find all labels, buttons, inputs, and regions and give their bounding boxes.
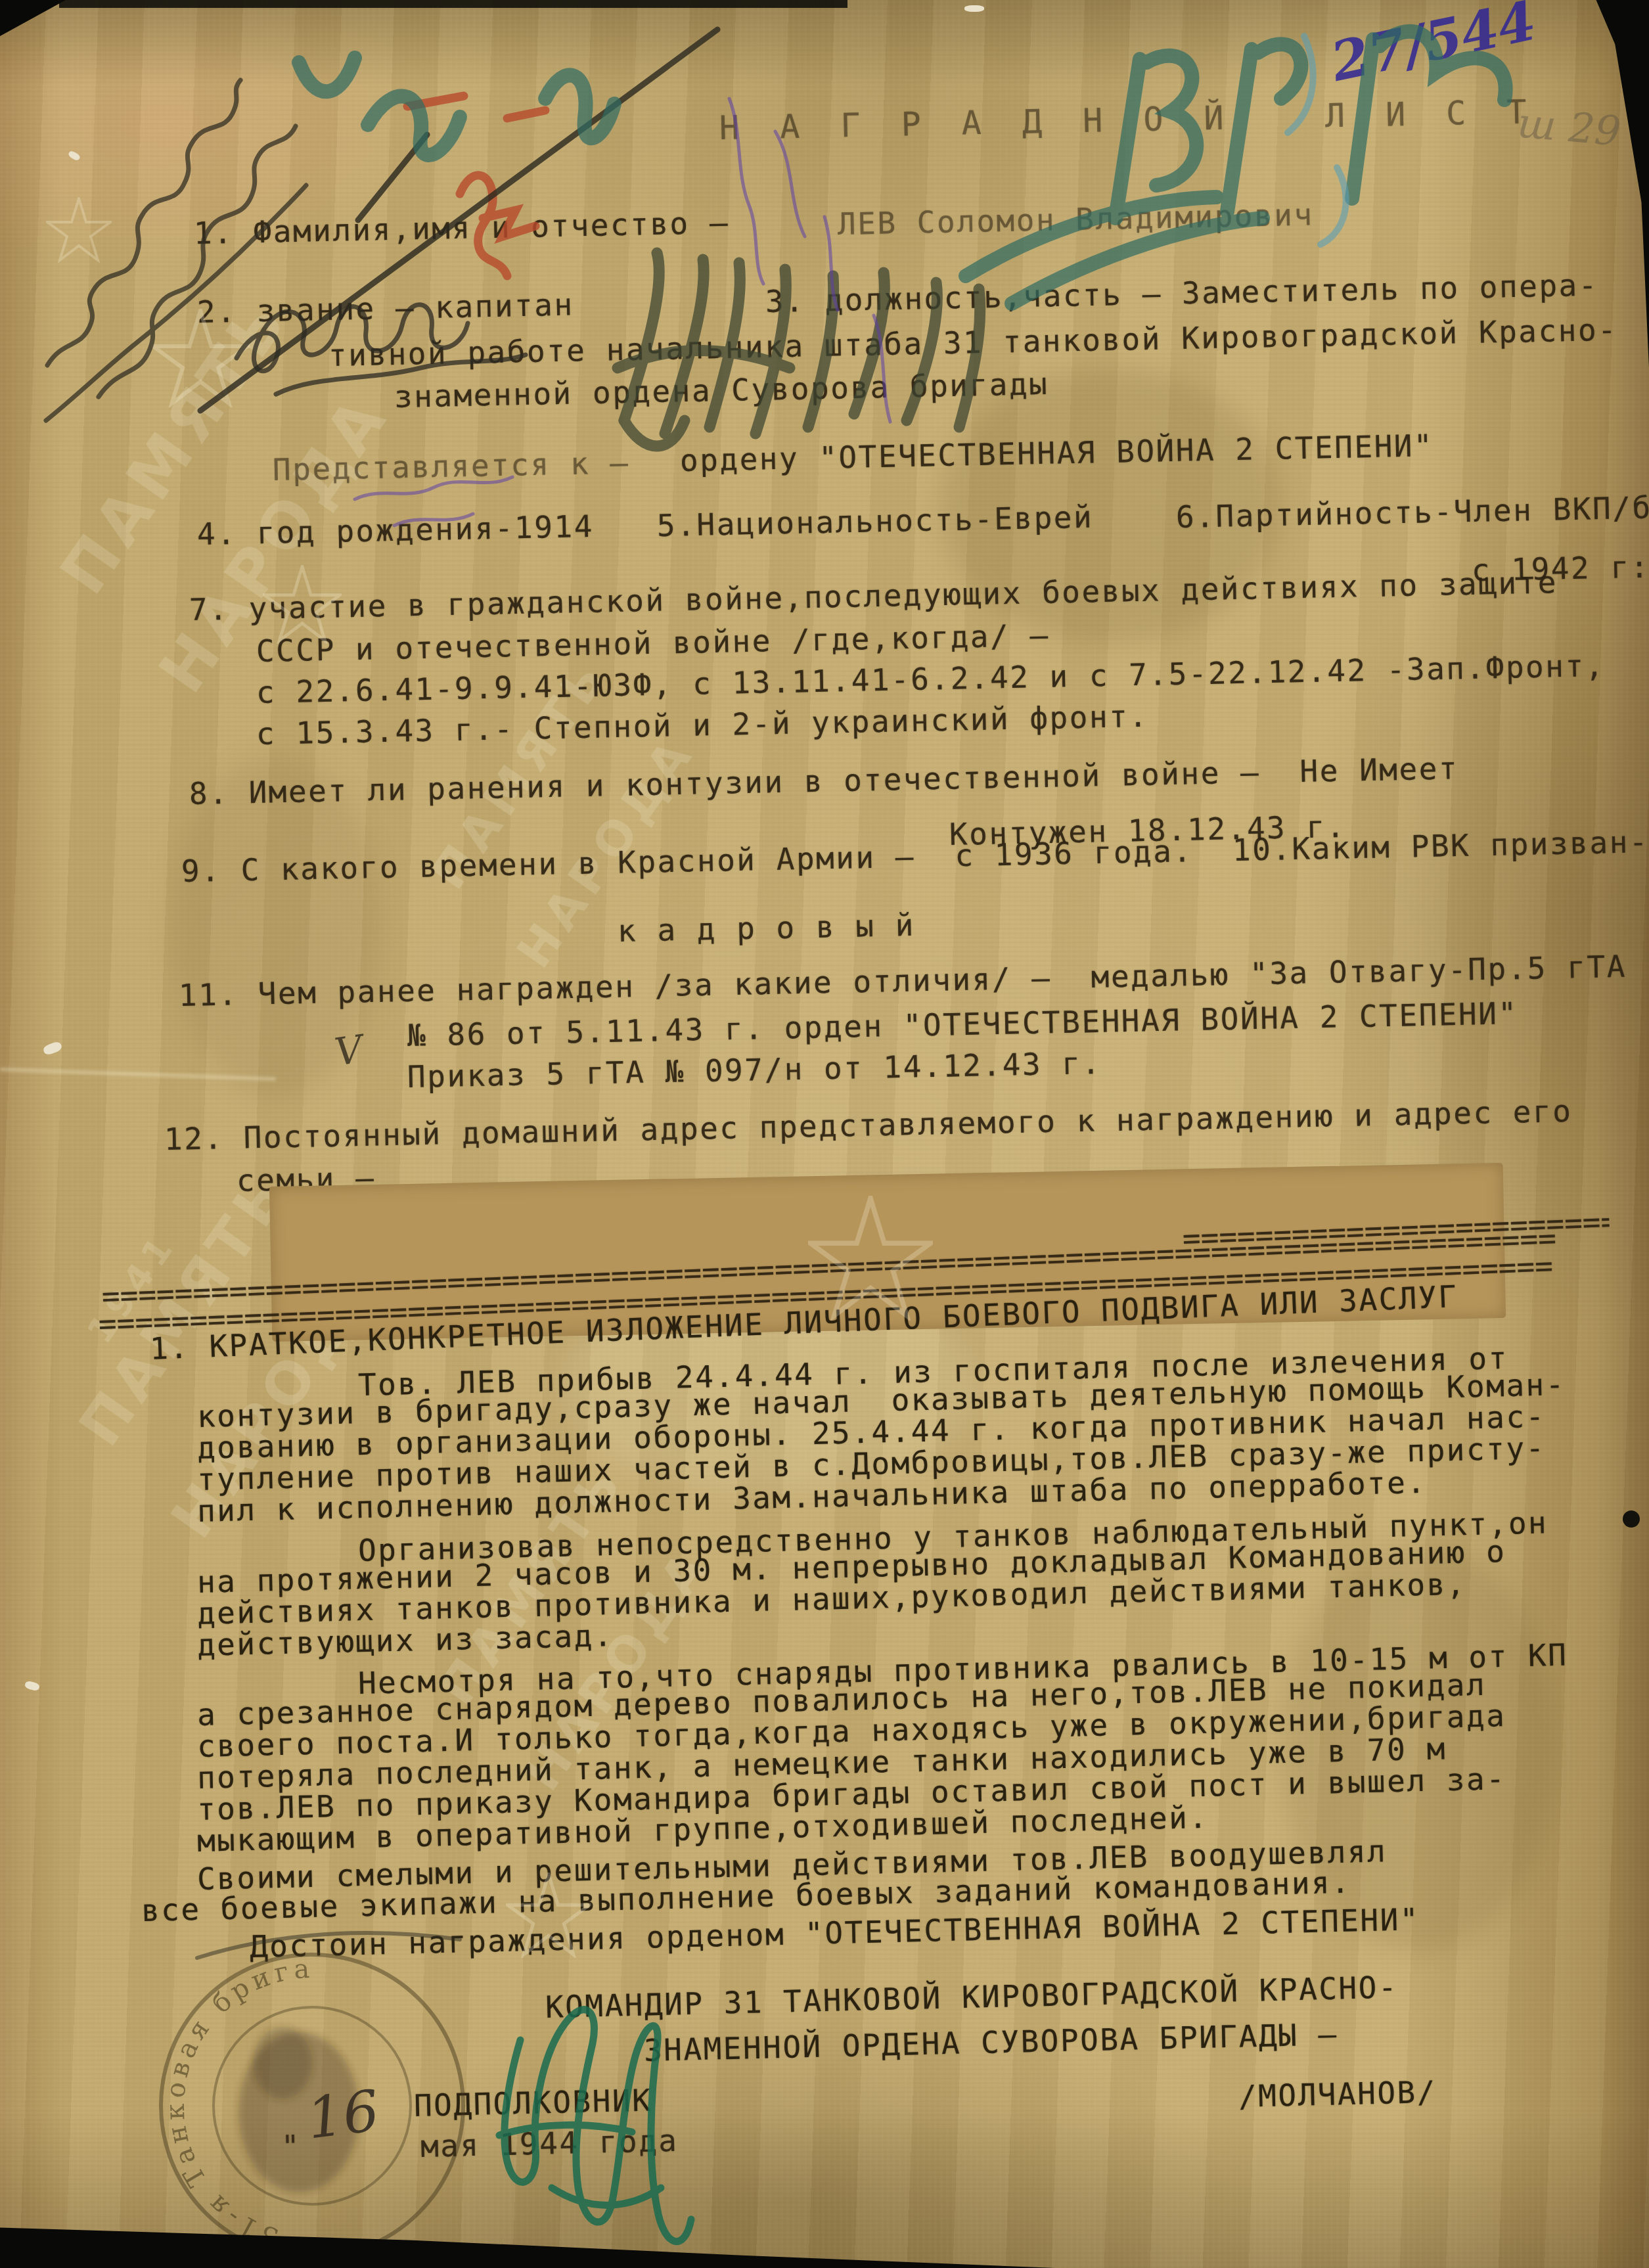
- award-sheet-document: ПАМЯТЬ НАРОДА ПАМЯТЬ НАРОДА 1941 ПАМЯТЬ …: [0, 0, 1649, 2268]
- field-3-line-1: 3. должность,часть — Заместитель по опер…: [765, 270, 1599, 317]
- handwriting-red-pencil: [407, 96, 545, 276]
- field-1-value: ЛЕВ Соломон Владимирович: [838, 199, 1314, 239]
- document-title: Н А Г Р А Д Н О Й Л И С Т: [719, 95, 1537, 145]
- field-2-line: 2. звание — капитан: [197, 289, 575, 327]
- handwritten-date-day: 16: [304, 2078, 383, 2152]
- field-5-line: 5.Национальность-Еврей: [657, 502, 1094, 541]
- commander-name: /МОЛЧАНОВ/: [1238, 2077, 1437, 2112]
- commander-title-line-2: ЗНАМЕННОЙ ОРДЕНА СУВОРОВА БРИГАДЫ —: [643, 2019, 1338, 2066]
- paper-tear: [42, 1041, 62, 1056]
- citation-p2-line-4: действующих из засад.: [196, 1620, 614, 1660]
- field-9-10-line: 9. С какого времени в Красной Армии — с …: [181, 827, 1649, 886]
- field-3-line-3: знаменной ордена Суворова бригады: [394, 369, 1049, 412]
- field-11-line-3: Приказ 5 гТА № 097/н от 14.12.43 г.: [407, 1048, 1102, 1092]
- paper-tear: [964, 5, 984, 12]
- paper-tear: [24, 1680, 40, 1691]
- punch-hole: [1623, 1510, 1640, 1528]
- handwritten-pencil-note: ш 29: [1516, 99, 1623, 155]
- field-6-line: 6.Партийность-Член ВКП/б: [1176, 492, 1649, 532]
- field-8-line: 8. Имеет ли ранения и контузии в отечест…: [189, 753, 1459, 809]
- presented-for-label: Представляется к —: [273, 447, 630, 485]
- field-7-line-2: СССР и отечественной войне /где,когда/ —: [256, 620, 1050, 666]
- presented-for-value: ордену "ОТЕЧЕСТВЕННАЯ ВОЙНА 2 СТЕПЕНИ": [680, 430, 1434, 476]
- field-7-line-1: 7. участие в гражданской войне,последующ…: [189, 567, 1558, 625]
- field-11-line-2: № 86 от 5.11.43 г. орден "ОТЕЧЕСТВЕННАЯ …: [407, 998, 1518, 1051]
- field-10-value: к а д р о в ы й: [618, 910, 916, 946]
- date-rest: мая 1944 года: [420, 2125, 679, 2162]
- commander-rank: ПОДПОЛКОВНИК: [413, 2085, 652, 2121]
- commander-title-line-1: КОМАНДИР 31 ТАНКОВОЙ КИРОВОГРАДСКОЙ КРАС…: [545, 1972, 1398, 2022]
- field-4-line: 4. год рождения-1914: [197, 511, 595, 549]
- field-12-line-1: 12. Постоянный домашний адрес представля…: [164, 1096, 1573, 1154]
- field-7-line-4: с 15.3.43 г.- Степной и 2-й украинский ф…: [256, 701, 1149, 749]
- scan-edge-top: [59, 0, 847, 8]
- handwritten-checkmark: V: [332, 1027, 365, 1075]
- date-open-quote: ": [281, 2131, 301, 2162]
- paper-tear: [68, 150, 81, 162]
- field-1-label: 1. Фамилия,имя и отчество —: [194, 208, 730, 248]
